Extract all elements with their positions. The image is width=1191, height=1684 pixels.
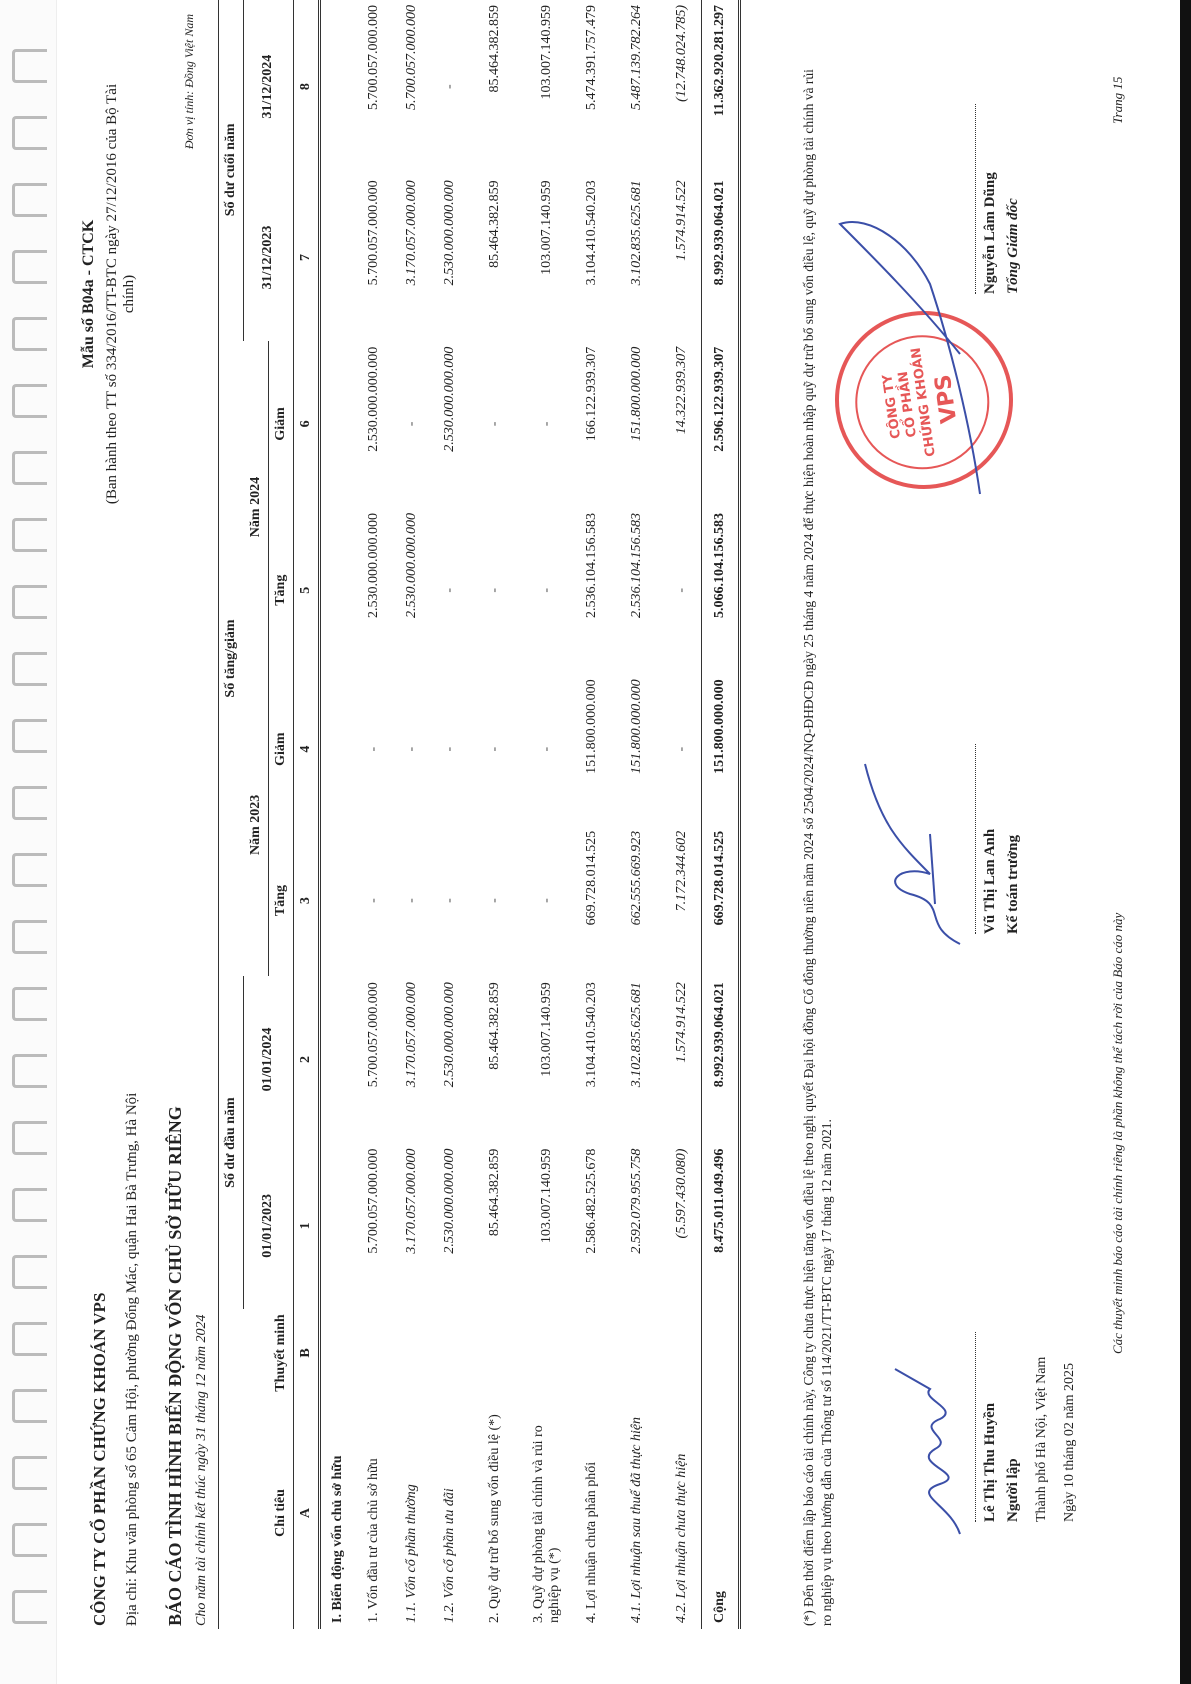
scan-edge — [1180, 0, 1191, 1684]
cell-value: 85.464.382.859 — [469, 174, 521, 340]
binder-ring-icon — [12, 920, 47, 954]
column-code: 4 — [293, 673, 319, 824]
cell-value: 2.586.482.525.678 — [573, 1143, 611, 1309]
column-code: 1 — [293, 1143, 319, 1309]
table-row: 1.1. Vốn cổ phần thường3.170.057.000.000… — [393, 0, 431, 1629]
cell-value: - — [355, 673, 393, 824]
preparer-role: Người lập — [1005, 1332, 1022, 1522]
cell-value: 103.007.140.959 — [521, 0, 573, 174]
binder-ring-icon — [12, 451, 47, 485]
binder-strip — [0, 0, 57, 1684]
cell-value: 3.104.410.540.203 — [573, 976, 611, 1142]
section-heading: I. Biến động vốn chủ sở hữu — [319, 0, 355, 1629]
col-2023-increase: Tăng — [268, 825, 293, 976]
cell-value: 5.700.057.000.000 — [355, 976, 393, 1142]
preparer-signature — [890, 1364, 980, 1544]
row-note — [573, 1309, 611, 1397]
preparer-block: Lê Thị Thu Huyền Người lập Thành phố Hà … — [975, 1332, 1078, 1522]
header-left: CÔNG TY CỔ PHẦN CHỨNG KHOÁN VPS Địa chỉ:… — [90, 826, 210, 1626]
binder-ring-icon — [12, 853, 47, 887]
table-row: 2. Quỹ dự trữ bổ sung vốn điều lệ (*)85.… — [469, 0, 521, 1629]
cell-value: 3.102.835.625.681 — [611, 174, 663, 340]
row-note — [355, 1309, 393, 1397]
director-block: Nguyễn Lâm Dũng Tổng Giám đốc — [975, 104, 1022, 294]
cell-value: 103.007.140.959 — [521, 976, 573, 1142]
cell-value: 85.464.382.859 — [469, 0, 521, 174]
row-label: 4. Lợi nhuận chưa phân phối — [573, 1397, 611, 1629]
col-closing-2023: 31/12/2023 — [244, 174, 294, 340]
cell-value: - — [355, 825, 393, 976]
total-value: 8.992.939.064.021 — [701, 174, 739, 340]
cell-value: - — [393, 825, 431, 976]
table-row: 1. Vốn đầu tư của chủ sở hữu5.700.057.00… — [355, 0, 393, 1629]
column-code: A — [293, 1397, 319, 1629]
cell-value: 669.728.014.525 — [573, 825, 611, 976]
column-code: 7 — [293, 174, 319, 340]
accountant-role: Kế toán trưởng — [1005, 744, 1022, 934]
binder-ring-icon — [12, 1456, 47, 1490]
cell-value: - — [663, 673, 702, 824]
col-change: Số tăng/giảm — [219, 341, 244, 977]
row-note — [393, 1309, 431, 1397]
cell-value: 3.170.057.000.000 — [393, 1143, 431, 1309]
cell-value: 1.574.914.522 — [663, 976, 702, 1142]
cell-value: 5.700.057.000.000 — [355, 1143, 393, 1309]
accountant-name: Vũ Thị Lan Anh — [982, 744, 999, 934]
col-2023-decrease: Giảm — [268, 673, 293, 824]
cell-value: 3.170.057.000.000 — [393, 174, 431, 340]
cell-value: - — [521, 825, 573, 976]
accountant-signature — [860, 754, 980, 964]
report-page: CÔNG TY CỔ PHẦN CHỨNG KHOÁN VPS Địa chỉ:… — [0, 0, 1191, 1684]
total-value: 151.800.000.000 — [701, 673, 739, 824]
cell-value: 2.536.104.156.583 — [573, 507, 611, 673]
cell-value: 2.530.000.000.000 — [431, 174, 469, 340]
col-2024-increase: Tăng — [268, 507, 293, 673]
cell-value: 2.592.079.955.758 — [611, 1143, 663, 1309]
form-basis: (Ban hành theo TT số 334/2016/TT-BTC ngà… — [104, 74, 138, 514]
table-row: 4. Lợi nhuận chưa phân phối2.586.482.525… — [573, 0, 611, 1629]
footer-note: Các thuyết minh báo cáo tài chính riêng … — [1110, 913, 1126, 1354]
cell-value: 85.464.382.859 — [469, 1143, 521, 1309]
cell-value: 5.700.057.000.000 — [393, 0, 431, 174]
cell-value: 5.487.139.782.264 — [611, 0, 663, 174]
binder-ring-icon — [12, 1188, 47, 1222]
report-period: Cho năm tài chính kết thúc ngày 31 tháng… — [194, 826, 210, 1626]
column-code: B — [293, 1309, 319, 1397]
director-name: Nguyễn Lâm Dũng — [982, 104, 999, 294]
binder-ring-icon — [12, 1255, 47, 1289]
report-title: BÁO CÁO TÌNH HÌNH BIẾN ĐỘNG VỐN CHỦ SỞ H… — [165, 826, 186, 1626]
cell-value: - — [393, 341, 431, 507]
binder-ring-icon — [12, 250, 47, 284]
total-value: 2.596.122.939.307 — [701, 341, 739, 507]
cell-value: 166.122.939.307 — [573, 341, 611, 507]
form-number: Mẫu số B04a - CTCK — [80, 74, 98, 514]
binder-ring-icon — [12, 49, 47, 83]
table-row: 3. Quỹ dự phòng tài chính và rủi ro nghi… — [521, 0, 573, 1629]
cell-value: 5.700.057.000.000 — [355, 174, 393, 340]
cell-value: - — [431, 507, 469, 673]
page-number: Trang 15 — [1110, 77, 1126, 124]
binder-ring-icon — [12, 652, 47, 686]
binder-ring-icon — [12, 183, 47, 217]
binder-ring-icon — [12, 1322, 47, 1356]
cell-value: 5.700.057.000.000 — [355, 0, 393, 174]
cell-value: 2.530.000.000.000 — [431, 1143, 469, 1309]
cell-value: 103.007.140.959 — [521, 174, 573, 340]
total-value: 8.992.939.064.021 — [701, 976, 739, 1142]
binder-ring-icon — [12, 1121, 47, 1155]
cell-value: 7.172.344.602 — [663, 825, 702, 976]
equity-changes-table: Chỉ tiêu Thuyết minh Số dư đầu năm Số tă… — [218, 0, 741, 1629]
column-code: 3 — [293, 825, 319, 976]
col-closing-2024: 31/12/2024 — [244, 0, 294, 174]
table-row: 4.2. Lợi nhuận chưa thực hiện(5.597.430.… — [663, 0, 702, 1629]
row-note — [469, 1309, 521, 1397]
cell-value: 14.322.939.307 — [663, 341, 702, 507]
binder-ring-icon — [12, 1523, 47, 1557]
cell-value: - — [469, 673, 521, 824]
col-closing: Số dư cuối năm — [219, 0, 244, 341]
column-code: 6 — [293, 341, 319, 507]
cell-value: - — [521, 507, 573, 673]
row-label: 1. Vốn đầu tư của chủ sở hữu — [355, 1397, 393, 1629]
cell-value: - — [431, 825, 469, 976]
currency-unit: Đơn vị tính: Đồng Việt Nam — [182, 14, 197, 314]
total-row: Cộng8.475.011.049.4968.992.939.064.02166… — [701, 0, 739, 1629]
row-note — [521, 1309, 573, 1397]
cell-value: (5.597.430.080) — [663, 1143, 702, 1309]
col-year-2023: Năm 2023 — [244, 673, 269, 976]
cell-value: 3.170.057.000.000 — [393, 976, 431, 1142]
cell-value: 3.104.410.540.203 — [573, 174, 611, 340]
column-code: 5 — [293, 507, 319, 673]
cell-value: 151.800.000.000 — [611, 673, 663, 824]
cell-value: 3.102.835.625.681 — [611, 976, 663, 1142]
row-note — [663, 1309, 702, 1397]
column-code: 2 — [293, 976, 319, 1142]
cell-value: 2.530.000.000.000 — [431, 341, 469, 507]
sign-place: Thành phố Hà Nội, Việt Nam — [1034, 1332, 1050, 1522]
binder-ring-icon — [12, 719, 47, 753]
cell-value: - — [663, 507, 702, 673]
col-note: Thuyết minh — [219, 1309, 294, 1397]
binder-ring-icon — [12, 116, 47, 150]
cell-value: 2.530.000.000.000 — [431, 976, 469, 1142]
total-value: 8.475.011.049.496 — [701, 1143, 739, 1309]
header-right: Mẫu số B04a - CTCK (Ban hành theo TT số … — [80, 74, 138, 514]
col-opening-2023: 01/01/2023 — [244, 1143, 294, 1309]
cell-value: - — [469, 507, 521, 673]
cell-value: 151.800.000.000 — [611, 341, 663, 507]
table-row: 4.1. Lợi nhuận sau thuế đã thực hiện2.59… — [611, 0, 663, 1629]
total-value: 5.066.104.156.583 — [701, 507, 739, 673]
cell-value: - — [431, 673, 469, 824]
row-label: 3. Quỹ dự phòng tài chính và rủi ro nghi… — [521, 1397, 573, 1629]
cell-value: - — [521, 341, 573, 507]
column-code: 8 — [293, 0, 319, 174]
row-label: 1.2. Vốn cổ phần ưu đãi — [431, 1397, 469, 1629]
cell-value: 85.464.382.859 — [469, 976, 521, 1142]
binder-ring-icon — [12, 1054, 47, 1088]
col-year-2024: Năm 2024 — [244, 341, 269, 674]
total-value: 11.362.920.281.297 — [701, 0, 739, 174]
director-role: Tổng Giám đốc — [1005, 104, 1022, 294]
cell-value: 2.530.000.000.000 — [393, 507, 431, 673]
row-label: 4.2. Lợi nhuận chưa thực hiện — [663, 1397, 702, 1629]
cell-value: 2.530.000.000.000 — [355, 507, 393, 673]
cell-value: 2.536.104.156.583 — [611, 507, 663, 673]
col-2024-decrease: Giảm — [268, 341, 293, 507]
row-label: 1.1. Vốn cổ phần thường — [393, 1397, 431, 1629]
row-note — [611, 1309, 663, 1397]
total-value: 669.728.014.525 — [701, 825, 739, 976]
cell-value: 662.555.669.923 — [611, 825, 663, 976]
col-indicator: Chỉ tiêu — [219, 1397, 294, 1629]
cell-value: 2.530.000.000.000 — [355, 341, 393, 507]
binder-ring-icon — [12, 384, 47, 418]
binder-ring-icon — [12, 585, 47, 619]
cell-value: - — [431, 0, 469, 174]
sign-date: Ngày 10 tháng 02 năm 2025 — [1062, 1332, 1078, 1522]
company-name: CÔNG TY CỔ PHẦN CHỨNG KHOÁN VPS — [90, 826, 110, 1626]
cell-value: 103.007.140.959 — [521, 1143, 573, 1309]
binder-ring-icon — [12, 987, 47, 1021]
row-label: 2. Quỹ dự trữ bổ sung vốn điều lệ (*) — [469, 1397, 521, 1629]
table-row: 1.2. Vốn cổ phần ưu đãi2.530.000.000.000… — [431, 0, 469, 1629]
cell-value: 151.800.000.000 — [573, 673, 611, 824]
row-label: 4.1. Lợi nhuận sau thuế đã thực hiện — [611, 1397, 663, 1629]
col-opening-2024: 01/01/2024 — [244, 976, 294, 1142]
cell-value: (12.748.024.785) — [663, 0, 702, 174]
company-address: Địa chỉ: Khu văn phòng số 65 Cảm Hội, ph… — [124, 826, 141, 1626]
cell-value: - — [521, 673, 573, 824]
cell-value: 1.574.914.522 — [663, 174, 702, 340]
cell-value: - — [469, 341, 521, 507]
col-opening: Số dư đầu năm — [219, 976, 244, 1309]
binder-ring-icon — [12, 1590, 47, 1624]
row-note — [431, 1309, 469, 1397]
total-label: Cộng — [701, 1397, 739, 1629]
binder-ring-icon — [12, 518, 47, 552]
accountant-block: Vũ Thị Lan Anh Kế toán trưởng — [975, 744, 1022, 934]
binder-ring-icon — [12, 317, 47, 351]
cell-value: - — [469, 825, 521, 976]
cell-value: 5.474.391.757.479 — [573, 0, 611, 174]
preparer-name: Lê Thị Thu Huyền — [982, 1332, 999, 1522]
cell-value: - — [393, 673, 431, 824]
binder-ring-icon — [12, 1389, 47, 1423]
binder-ring-icon — [12, 786, 47, 820]
